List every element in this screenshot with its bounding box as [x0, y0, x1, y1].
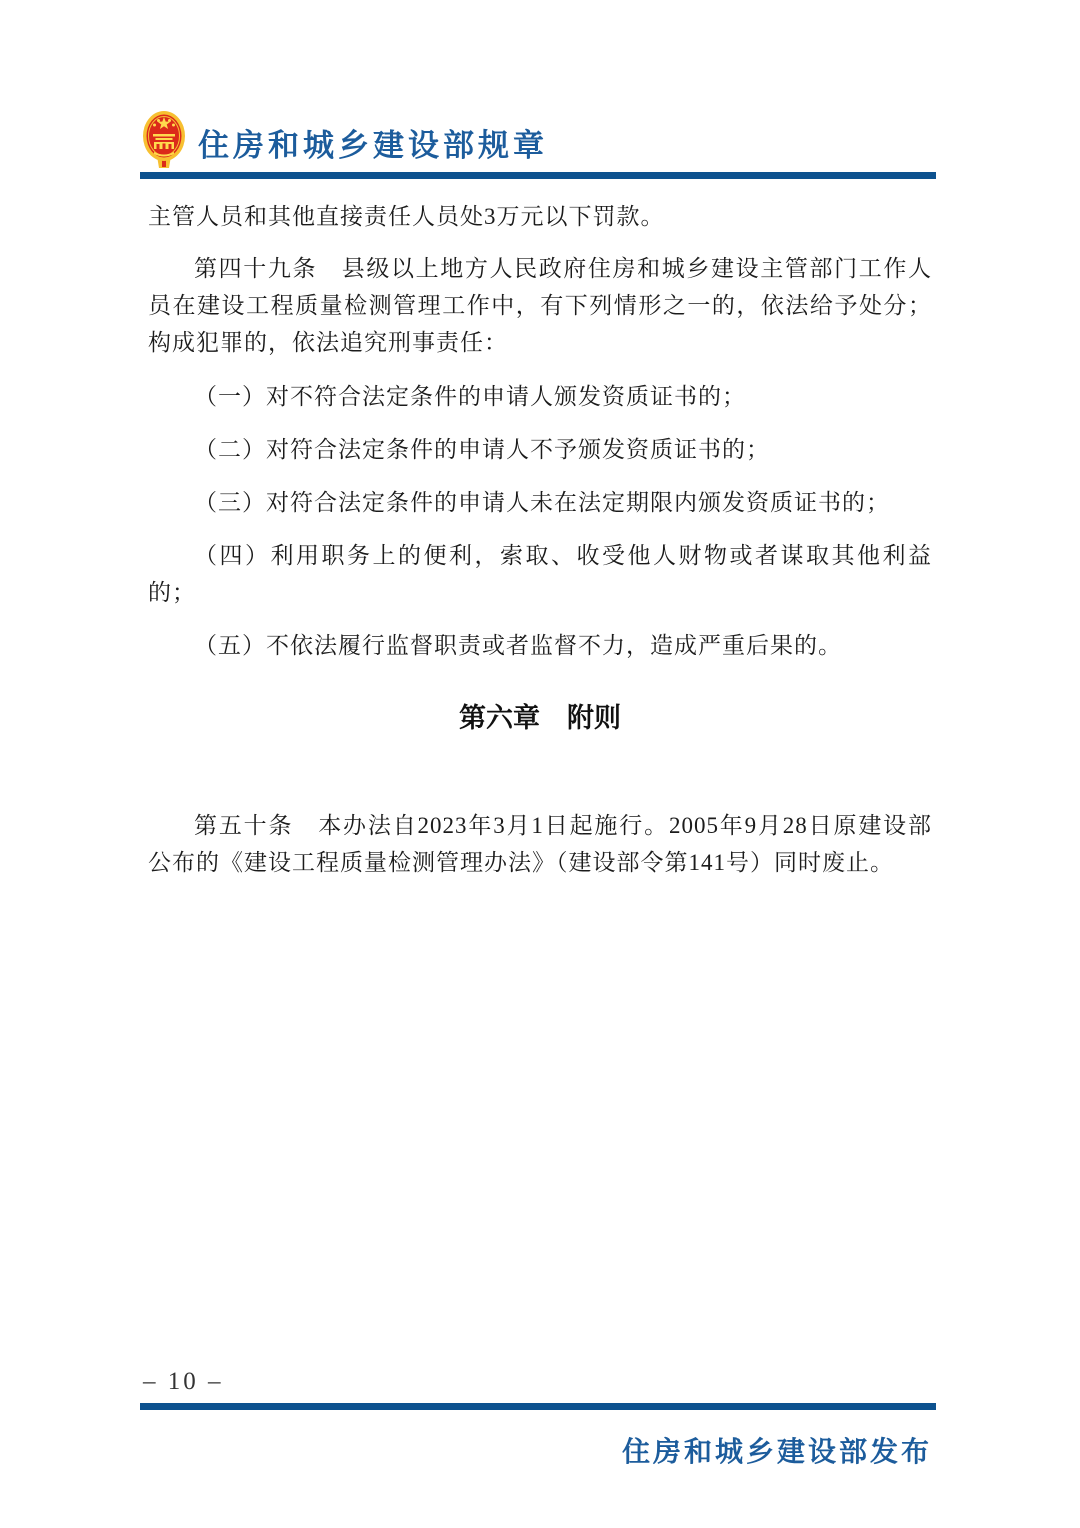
publisher-label: 住房和城乡建设部发布 — [140, 1430, 932, 1470]
list-item-1: （一）对不符合法定条件的申请人颁发资质证书的； — [148, 378, 932, 415]
list-item-2: （二）对符合法定条件的申请人不予颁发资质证书的； — [148, 431, 932, 468]
document-body: 主管人员和其他直接责任人员处3万元以下罚款。 第四十九条 县级以上地方人民政府住… — [148, 198, 932, 881]
article-49-paragraph: 第四十九条 县级以上地方人民政府住房和城乡建设主管部门工作人员在建设工程质量检测… — [148, 250, 932, 361]
page-number: – 10 – — [143, 1368, 224, 1396]
paragraph-continuation: 主管人员和其他直接责任人员处3万元以下罚款。 — [148, 198, 932, 235]
list-item-5: （五）不依法履行监督职责或者监督不力，造成严重后果的。 — [148, 627, 932, 664]
header-divider — [140, 172, 936, 179]
list-item-3: （三）对符合法定条件的申请人未在法定期限内颁发资质证书的； — [148, 484, 932, 521]
chapter-heading: 第六章 附则 — [148, 700, 932, 737]
national-emblem-icon — [142, 110, 186, 175]
header-title: 住房和城乡建设部规章 — [198, 120, 548, 165]
article-50-paragraph: 第五十条 本办法自2023年3月1日起施行。2005年9月28日原建设部公布的《… — [148, 807, 932, 881]
footer-divider — [140, 1403, 936, 1410]
list-item-4: （四）利用职务上的便利，索取、收受他人财物或者谋取其他利益的； — [148, 537, 932, 611]
header-brand: 住房和城乡建设部规章 — [142, 110, 548, 175]
